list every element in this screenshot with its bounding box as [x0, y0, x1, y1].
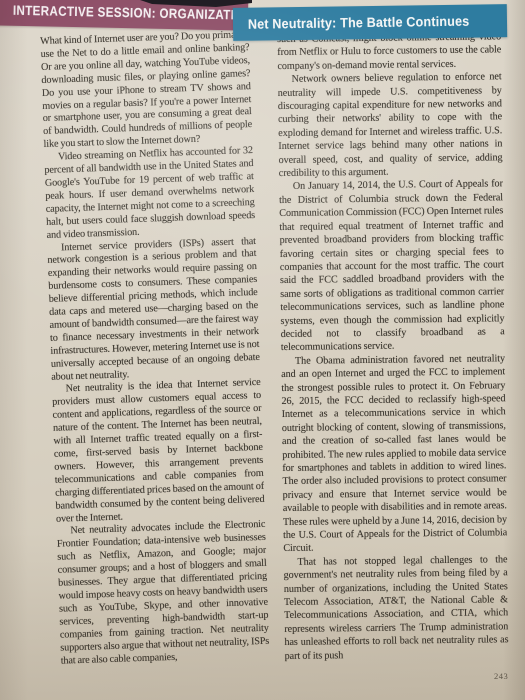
article-paragraph: Net neutrality advocates include the Ele…: [56, 519, 270, 668]
textbook-page-photo: INTERACTIVE SESSION: ORGANIZATIONS Net N…: [0, 0, 525, 700]
article-title: Net Neutrality: The Battle Continues: [233, 14, 470, 32]
article-paragraph: On January 14, 2014, the U.S. Court of A…: [279, 178, 505, 355]
left-column: What kind of Internet user are you? Do y…: [40, 29, 271, 698]
article-paragraph: Network owners believe regulation to enf…: [277, 70, 502, 180]
article-paragraph: That has not stopped legal challenges to…: [283, 553, 508, 663]
article-paragraph: The Obama administration favored net neu…: [281, 352, 507, 556]
article-paragraph: What kind of Internet user are you? Do y…: [40, 29, 253, 152]
right-column: such as Comcast, might block online stre…: [277, 30, 509, 693]
article-paragraph: Internet service providers (ISPs) assert…: [47, 235, 261, 384]
article-title-banner: Net Neutrality: The Battle Continues: [233, 4, 507, 41]
article-paragraph: Video streaming on Netflix has accounted…: [44, 145, 256, 242]
page-number: 243: [494, 671, 508, 681]
article-paragraph: Net neutrality is the idea that Internet…: [52, 377, 266, 526]
